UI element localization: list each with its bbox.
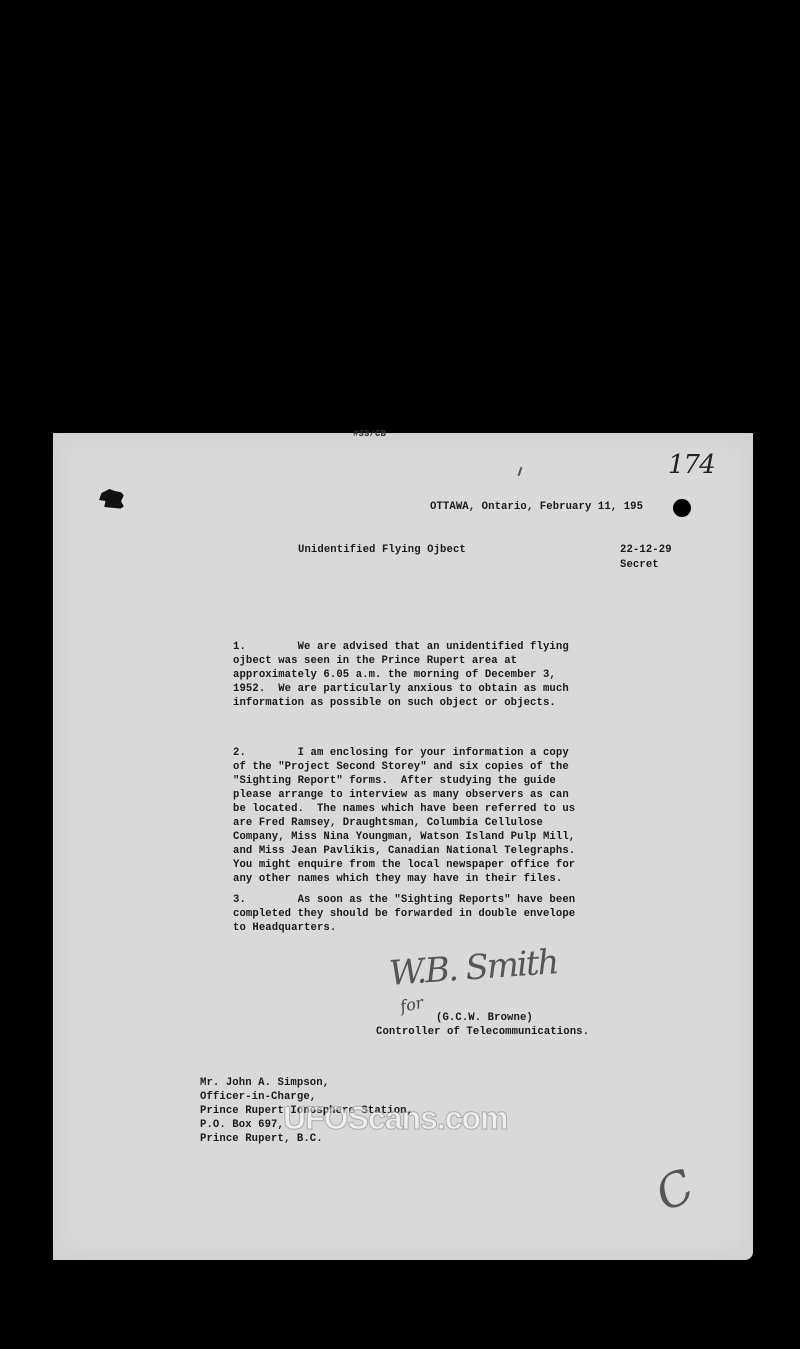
dateline: OTTAWA, Ontario, February 11, 195 bbox=[430, 500, 643, 514]
classification-label: Secret bbox=[620, 558, 659, 572]
subject-line: Unidentified Flying Ojbect bbox=[298, 543, 466, 557]
signer-title: Controller of Telecommunications. bbox=[376, 1025, 589, 1039]
paragraph-2: 2. I am enclosing for your information a… bbox=[233, 746, 575, 886]
handwritten-initial: C bbox=[647, 1158, 702, 1222]
paragraph-3: 3. As soon as the "Sighting Reports" hav… bbox=[233, 893, 575, 935]
punch-hole bbox=[673, 499, 691, 517]
top-reference-mark: #33/CB bbox=[353, 427, 386, 441]
signer-name: (G.C.W. Browne) bbox=[436, 1011, 533, 1025]
watermark: UFOScans.com bbox=[283, 1100, 508, 1137]
paragraph-1: 1. We are advised that an unidentified f… bbox=[233, 640, 569, 710]
signature-for-annotation: for bbox=[398, 993, 425, 1016]
file-number: 22-12-29 bbox=[620, 543, 672, 557]
handwritten-signature: W.B. Smith bbox=[388, 942, 559, 994]
ink-blot bbox=[99, 489, 125, 509]
pen-mark bbox=[518, 467, 523, 476]
handwritten-page-number: 174 bbox=[668, 450, 715, 480]
scanned-letter-page: #33/CB 174 OTTAWA, Ontario, February 11,… bbox=[53, 433, 753, 1260]
